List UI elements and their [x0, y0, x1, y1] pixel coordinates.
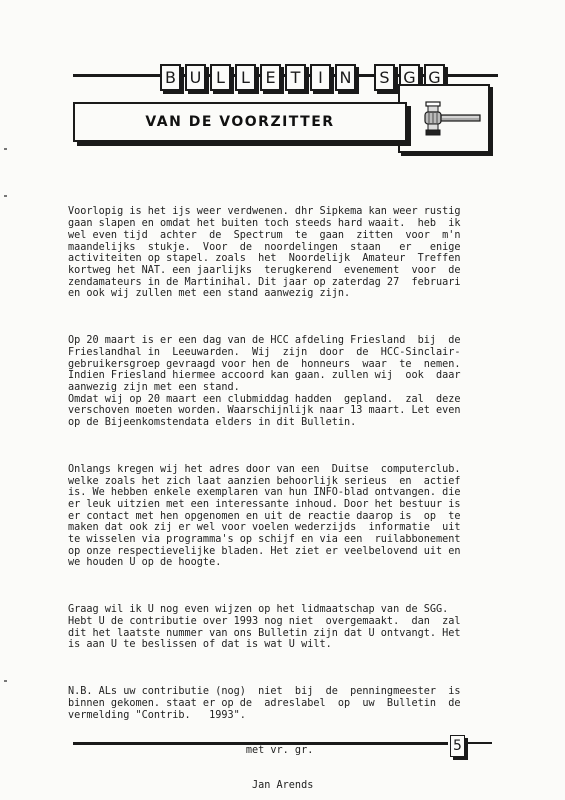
paragraph: Voorlopig is het ijs weer verdwenen. dhr… — [68, 206, 500, 300]
gavel-icon — [424, 101, 484, 137]
masthead-letter: U — [185, 64, 206, 91]
masthead-letter: S — [374, 64, 395, 91]
masthead-letter: I — [310, 64, 331, 91]
paragraph: Op 20 maart is er een dag van de HCC afd… — [68, 335, 500, 429]
masthead-letter: L — [235, 64, 256, 91]
punch-mark — [4, 195, 7, 197]
masthead-letter: T — [285, 64, 306, 91]
paragraph: N.B. ALs uw contributie (nog) niet bij d… — [68, 686, 500, 721]
paragraph: Onlangs kregen wij het adres door van ee… — [68, 464, 500, 569]
masthead-letter: B — [160, 64, 181, 91]
punch-mark — [4, 148, 7, 150]
masthead-letter: E — [260, 64, 281, 91]
footer-rule — [73, 742, 448, 745]
masthead-letter: L — [210, 64, 231, 91]
page-number: 5 — [450, 735, 465, 757]
paragraph: Graag wil ik U nog even wijzen op het li… — [68, 604, 500, 651]
section-title: VAN DE VOORZITTER — [145, 114, 334, 130]
footer-rule-right — [462, 742, 492, 744]
punch-mark — [4, 680, 7, 682]
article-body: Voorlopig is het ijs weer verdwenen. dhr… — [68, 183, 500, 800]
signoff-name: Jan Arends — [68, 780, 500, 792]
signoff-greeting: met vr. gr. — [68, 745, 500, 757]
masthead-letter: N — [335, 64, 356, 91]
section-title-box: VAN DE VOORZITTER — [73, 102, 407, 142]
